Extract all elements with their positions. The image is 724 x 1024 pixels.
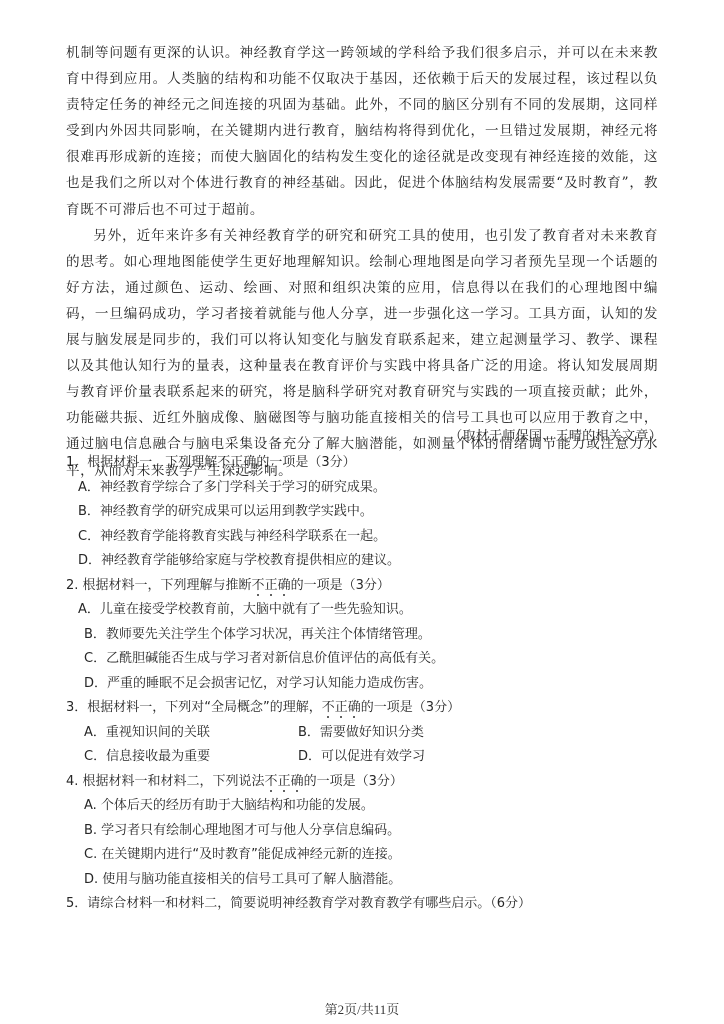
question-4: 4. 根据材料一和材料二，下列说法不正确的一项是（3分） A. 个体后天的经历有… [66,770,666,893]
emphasis-char: 确 [278,578,291,593]
option-c: C．信息接收最为重要 [84,745,298,770]
option-d: D. 使用与脑功能直接相关的信号工具可了解人脑潜能。 [66,868,666,893]
question-3: 3．根据材料一，下列对“全局概念”的理解，不正确的一项是（3分） A．重视知识间… [66,696,666,770]
emphasis-char: 确 [348,700,361,715]
question-stem: 4. 根据材料一和材料二，下列说法不正确的一项是（3分） [66,770,666,795]
option-d: D．神经教育学能够给家庭与学校教育提供相应的建议。 [66,549,666,574]
option-b: B．神经教育学的研究成果可以运用到教学实践中。 [66,500,666,525]
reading-passage: 机制等问题有更深的认识。神经教育学这一跨领域的学科给予我们很多启示，并可以在未来… [66,40,658,484]
emphasis-char: 不 [265,774,278,789]
question-2: 2. 根据材料一，下列理解与推断不正确的一项是（3分） A．儿童在接受学校教育前… [66,574,666,697]
question-stem: 1．根据材料一，下列理解不正确的一项是（3分） [66,451,666,476]
option-a: A. 个体后天的经历有助于大脑结构和功能的发展。 [66,794,666,819]
option-b: B．需要做好知识分类 [298,721,512,746]
option-d: D．可以促进有效学习 [298,745,512,770]
option-b: B．教师要先关注学生个体学习状况，再关注个体情绪管理。 [66,623,666,648]
question-list: 1．根据材料一，下列理解不正确的一项是（3分） A．神经教育学综合了多门学科关于… [66,451,666,917]
option-c: C．神经教育学能将教育实践与神经科学联系在一起。 [66,525,666,550]
page-number: 第2页/共11页 [0,999,724,1018]
question-stem: 5．请综合材料一和材料二，简要说明神经教育学对教育教学有哪些启示。（6分） [66,892,666,917]
emphasis-char: 正 [230,455,243,470]
question-5: 5．请综合材料一和材料二，简要说明神经教育学对教育教学有哪些启示。（6分） [66,892,666,917]
option-c: C．乙酰胆碱能否生成与学习者对新信息价值评估的高低有关。 [66,647,666,672]
emphasis-char: 正 [265,578,278,593]
option-a: A．儿童在接受学校教育前，大脑中就有了一些先验知识。 [66,598,666,623]
emphasis-char: 不 [217,455,230,470]
option-b: B. 学习者只有绘制心理地图才可与他人分享信息编码。 [66,819,666,844]
exam-page: 机制等问题有更深的认识。神经教育学这一跨领域的学科给予我们很多启示，并可以在未来… [0,0,724,1024]
option-row: A．重视知识间的关联 B．需要做好知识分类 [66,721,666,746]
emphasis-char: 确 [243,455,256,470]
option-d: D．严重的睡眠不足会损害记忆，对学习认知能力造成伤害。 [66,672,666,697]
question-1: 1．根据材料一，下列理解不正确的一项是（3分） A．神经教育学综合了多门学科关于… [66,451,666,574]
question-stem: 2. 根据材料一，下列理解与推断不正确的一项是（3分） [66,574,666,599]
emphasis-char: 不 [252,578,265,593]
emphasis-char: 不 [322,700,335,715]
emphasis-char: 正 [278,774,291,789]
question-stem: 3．根据材料一，下列对“全局概念”的理解，不正确的一项是（3分） [66,696,666,721]
option-c: C. 在关键期内进行“及时教育”能促成神经元新的连接。 [66,843,666,868]
emphasis-char: 正 [335,700,348,715]
option-a: A．神经教育学综合了多门学科关于学习的研究成果。 [66,476,666,501]
option-row: C．信息接收最为重要 D．可以促进有效学习 [66,745,666,770]
passage-paragraph-1: 机制等问题有更深的认识。神经教育学这一跨领域的学科给予我们很多启示，并可以在未来… [66,40,658,223]
option-a: A．重视知识间的关联 [84,721,298,746]
passage-source: （取材于师保国、王晴的相关文章） [449,427,662,447]
emphasis-char: 确 [291,774,304,789]
